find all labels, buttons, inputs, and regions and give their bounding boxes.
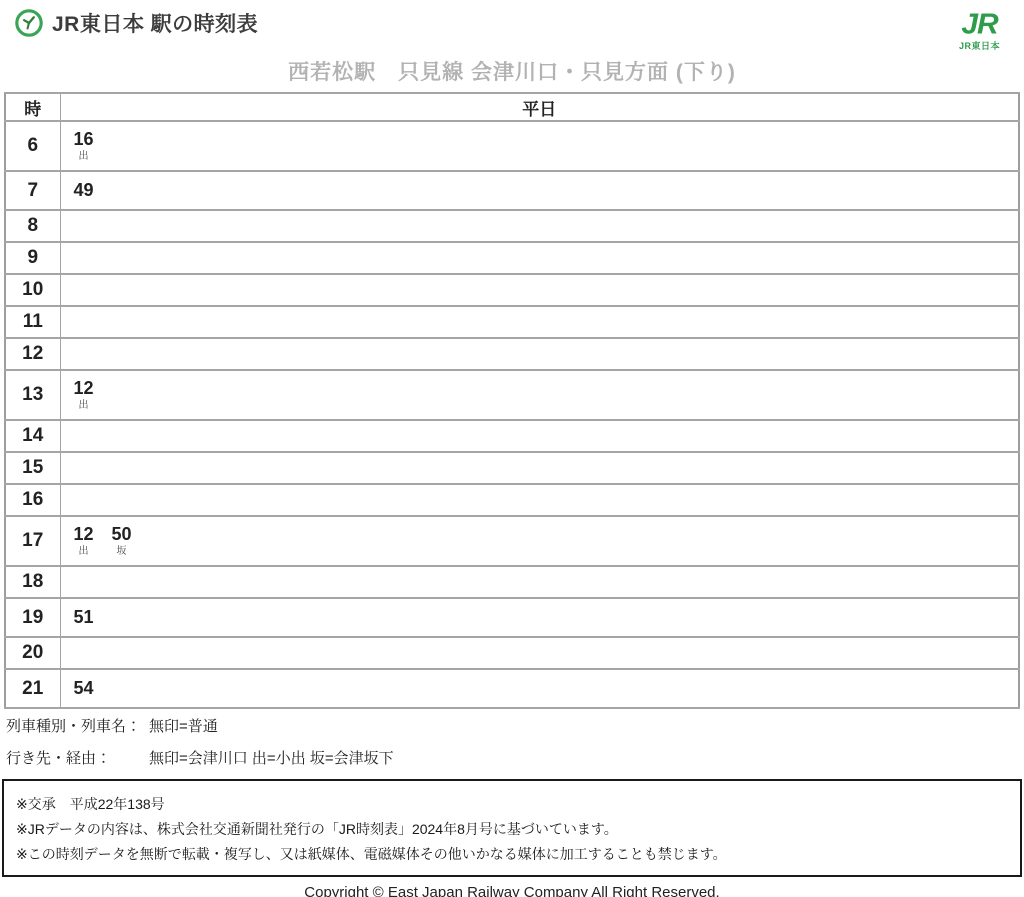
times-cell: 16出	[60, 121, 1019, 171]
timetable-header-row: 時 平日	[5, 93, 1019, 121]
jr-east-logo: JR JR東日本	[959, 10, 1000, 51]
train-minute: 54	[74, 679, 94, 699]
table-row: 11	[5, 306, 1019, 338]
times-cell	[60, 637, 1019, 669]
times-cell	[60, 306, 1019, 338]
legend-destination-value: 無印=会津川口 出=小出 坂=会津坂下	[149, 747, 1018, 768]
times-cell	[60, 452, 1019, 484]
times-cell: 12出50坂	[60, 516, 1019, 566]
train-minute: 51	[74, 608, 94, 628]
timetable: 時 平日 616出749891011121312出1415161712出50坂1…	[4, 92, 1020, 709]
train-minute: 49	[74, 181, 94, 201]
page-title: 西若松駅 只見線 会津川口・只見方面 (下り)	[0, 56, 1024, 86]
times-cell	[60, 484, 1019, 516]
times-cell	[60, 242, 1019, 274]
train-time: 54	[74, 679, 94, 699]
hour-label: 12	[5, 338, 60, 370]
table-row: 1951	[5, 598, 1019, 637]
table-row: 9	[5, 242, 1019, 274]
table-row: 14	[5, 420, 1019, 452]
legend-train-type-label: 列車種別・列車名：	[6, 715, 149, 736]
hour-label: 21	[5, 669, 60, 708]
jr-logo-mark: JR	[959, 11, 1000, 40]
table-row: 16	[5, 484, 1019, 516]
note-line: ※JRデータの内容は、株式会社交通新聞社発行の「JR時刻表」2024年8月号に基…	[16, 818, 1008, 840]
times-cell: 49	[60, 171, 1019, 210]
table-row: 616出	[5, 121, 1019, 171]
weekday-column-header: 平日	[60, 93, 1019, 121]
hour-label: 13	[5, 370, 60, 420]
table-row: 749	[5, 171, 1019, 210]
table-row: 20	[5, 637, 1019, 669]
timetable-page: JR東日本 駅の時刻表 JR JR東日本 西若松駅 只見線 会津川口・只見方面 …	[0, 0, 1024, 897]
note-line: ※この時刻データを無断で転載・複写し、又は紙媒体、電磁媒体その他いかなる媒体に加…	[16, 843, 1008, 865]
table-row: 8	[5, 210, 1019, 242]
hour-label: 18	[5, 566, 60, 598]
clock-icon	[14, 8, 44, 38]
copyright-text: Copyright © East Japan Railway Company A…	[0, 884, 1024, 897]
train-time: 50坂	[112, 525, 132, 557]
train-minute: 50	[112, 525, 132, 545]
table-row: 10	[5, 274, 1019, 306]
hour-label: 10	[5, 274, 60, 306]
hour-label: 14	[5, 420, 60, 452]
times-cell	[60, 566, 1019, 598]
times-cell	[60, 420, 1019, 452]
top-header: JR東日本 駅の時刻表 JR JR東日本	[0, 0, 1024, 48]
legend-train-type-value: 無印=普通	[149, 715, 1018, 736]
jr-logo-subtext: JR東日本	[959, 42, 1000, 51]
train-time: 12出	[74, 379, 94, 411]
table-row: 2154	[5, 669, 1019, 708]
train-time: 12出	[74, 525, 94, 557]
train-minute: 12	[74, 379, 94, 399]
hour-label: 17	[5, 516, 60, 566]
times-cell	[60, 210, 1019, 242]
legend-destination: 行き先・経由： 無印=会津川口 出=小出 坂=会津坂下	[6, 747, 1018, 768]
train-minute: 16	[74, 130, 94, 150]
times-cell: 51	[60, 598, 1019, 637]
hour-label: 16	[5, 484, 60, 516]
note-line: ※交承 平成22年138号	[16, 793, 1008, 815]
times-cell	[60, 338, 1019, 370]
times-cell	[60, 274, 1019, 306]
train-time: 16出	[74, 130, 94, 162]
notes-box: ※交承 平成22年138号 ※JRデータの内容は、株式会社交通新聞社発行の「JR…	[2, 779, 1022, 877]
app-title: JR東日本 駅の時刻表	[52, 8, 258, 38]
table-row: 1312出	[5, 370, 1019, 420]
train-mark: 出	[74, 400, 94, 411]
table-row: 18	[5, 566, 1019, 598]
hour-label: 7	[5, 171, 60, 210]
hour-label: 11	[5, 306, 60, 338]
hour-label: 19	[5, 598, 60, 637]
hour-label: 20	[5, 637, 60, 669]
timetable-body: 616出749891011121312出1415161712出50坂181951…	[5, 121, 1019, 708]
brand: JR東日本 駅の時刻表	[14, 8, 258, 38]
train-mark: 坂	[112, 546, 132, 557]
train-time: 49	[74, 181, 94, 201]
hour-label: 8	[5, 210, 60, 242]
hour-label: 6	[5, 121, 60, 171]
legend-destination-label: 行き先・経由：	[6, 747, 149, 768]
train-minute: 12	[74, 525, 94, 545]
legend: 列車種別・列車名： 無印=普通 行き先・経由： 無印=会津川口 出=小出 坂=会…	[0, 709, 1024, 768]
table-row: 12	[5, 338, 1019, 370]
times-cell: 54	[60, 669, 1019, 708]
table-row: 1712出50坂	[5, 516, 1019, 566]
train-time: 51	[74, 608, 94, 628]
train-mark: 出	[74, 546, 94, 557]
train-mark: 出	[74, 151, 94, 162]
times-cell: 12出	[60, 370, 1019, 420]
hour-label: 9	[5, 242, 60, 274]
hour-column-header: 時	[5, 93, 60, 121]
hour-label: 15	[5, 452, 60, 484]
table-row: 15	[5, 452, 1019, 484]
legend-train-type: 列車種別・列車名： 無印=普通	[6, 715, 1018, 736]
